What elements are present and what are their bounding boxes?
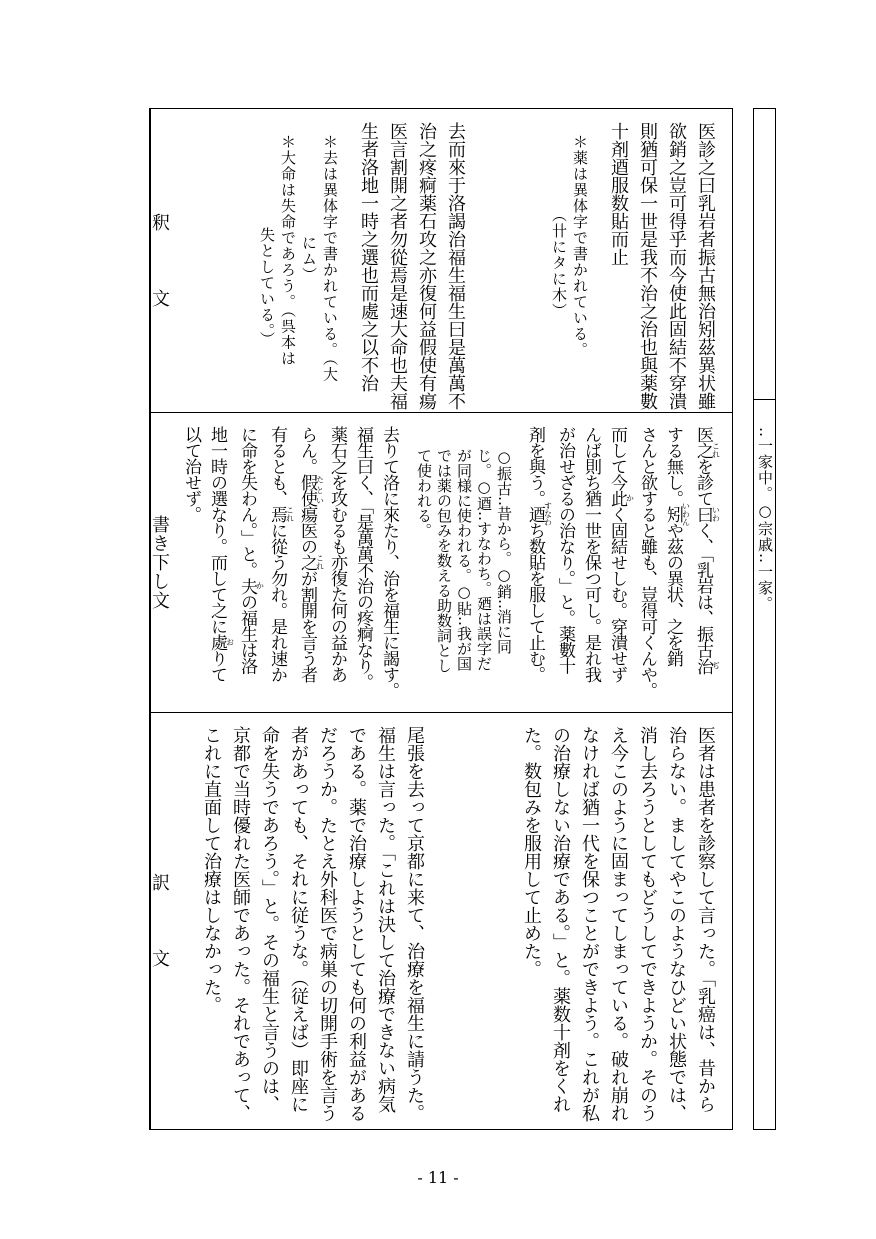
gloss-column: が同様に使われる。○貼‥我が国 — [454, 426, 474, 711]
furigana: 治ぢ — [693, 658, 713, 674]
text-column: さんと欲すると雖も、豈得可くんや。 — [634, 426, 660, 711]
text-column: である。薬で治療しようとしても何の利益がある — [342, 726, 371, 1129]
text-column: 福生曰く、「是萬萬不治の疼痾なり。 — [350, 426, 376, 711]
text-column: 生者洛地一時之選也而處之以不治 — [354, 122, 383, 412]
furigana: 之これ — [297, 554, 317, 570]
text-column: これに直面して治療はしなかった。 — [197, 726, 226, 1129]
text-column: 尾張を去って京都に来て、治療を福生に請うた。 — [400, 726, 429, 1129]
text-column: た。数包みを服用して止めた。 — [517, 726, 546, 1129]
text-column: らん。假使たとい瘍医の之これが割開を言う者 — [294, 426, 324, 711]
section-label-text: 釈 文 — [146, 213, 172, 308]
text-column: に命を失わん。」と。夫かの福生は洛 — [234, 426, 264, 711]
gloss-column: じ。○逎‥すなわち。廼は誤字だ — [474, 426, 494, 711]
main-table: 釈 文 医診之曰乳岩者振古無治矧茲異状雖欲銷之豈可得乎而今使此固結不穿潰則猶可保… — [149, 108, 733, 1130]
furigana: 矧いわん — [663, 506, 683, 522]
section-yakubun: 訳 文 医者は患者を診察して言った。「乳癌は、昔から治らない。ましてやこのような… — [150, 712, 732, 1129]
text-column: 去りて洛に來たり、治を福生に謁す。 — [376, 426, 402, 711]
text-column: 京都で当時優れた医師であった。それであって、 — [226, 726, 255, 1129]
furigana: 此か — [607, 490, 627, 506]
text-column: 治之疼痾薬石攻之亦復何益假使有瘍 — [412, 122, 441, 412]
section-shakubun: 釈 文 医診之曰乳岩者振古無治矧茲異状雖欲銷之豈可得乎而今使此固結不穿潰則猶可保… — [150, 109, 732, 412]
text-column: 欲銷之豈可得乎而今使此固結不穿潰 — [662, 122, 691, 412]
gloss-column: て使われる。 — [414, 426, 434, 711]
text-column: 医言割開之者勿從焉是速大命也夫福 — [383, 122, 412, 412]
text-column: 而して今此かく固結せしむ。穿潰せず — [604, 426, 634, 711]
note-column: ＊去は異体字で書かれている。（大 — [319, 122, 340, 412]
text-column: 以て治せず。 — [178, 426, 204, 711]
gloss-column: ○振古‥昔から。○銷‥消に同 — [494, 426, 514, 711]
text-column: 命を失うであろう。」と。その福生と言うのは、 — [255, 726, 284, 1129]
furigana: 之これ — [693, 442, 713, 458]
yakubun-text-area: 医者は患者を診察して言った。「乳癌は、昔から治らない。ましてやこのようなひどい状… — [172, 713, 732, 1129]
section-label-text: 訳 文 — [146, 873, 172, 968]
note-column: ＊薬は異体字で書かれている。 — [569, 122, 590, 412]
text-column: する無し。矧いわんや茲の異状、之を銷 — [660, 426, 690, 711]
furigana: 處お — [207, 634, 227, 650]
note-column: にム） — [298, 122, 319, 412]
kakikudashi-text-area: 医之これを診て曰いわく、「乳岩は、振古治ぢする無し。矧いわんや茲の異状、之を銷さ… — [172, 413, 732, 711]
text-column: 薬石之を攻むるも亦復た何の益かあ — [324, 426, 350, 711]
shakubun-text-area: 医診之曰乳岩者振古無治矧茲異状雖欲銷之豈可得乎而今使此固結不穿潰則猶可保一世是我… — [172, 109, 732, 412]
section-label-text: 書き下し文 — [146, 515, 172, 610]
text-column: 去而來于洛謁治福生福生曰是萬萬不 — [441, 122, 470, 412]
cutoff-margin-strip: ‥一家中。○宗戚‥一家。 — [753, 108, 776, 1130]
text-column: なければ猶一代を保つことができよう。これが私 — [575, 726, 604, 1129]
section-label-kakikudashi: 書き下し文 — [150, 413, 172, 711]
section-label-shakubun: 釈 文 — [150, 109, 172, 412]
gloss-column: では薬の包みを数える助数詞とし — [434, 426, 454, 711]
text-column: が治せざるの治なり。」と。薬數十 — [552, 426, 578, 711]
text-column: 医者は患者を診察して言った。「乳癌は、昔から — [691, 726, 720, 1129]
note-column: 失としている。） — [256, 122, 277, 412]
furigana: 焉これ — [267, 506, 287, 522]
note-column: ＊大命は失命であろう。（呉本は — [277, 122, 298, 412]
text-column: 剤を與う。逎すなわち数貼を服して止む。 — [522, 426, 552, 711]
text-column: 医診之曰乳岩者振古無治矧茲異状雖 — [691, 122, 720, 412]
text-column: 福生は言った。「これは決して治療できない病気 — [371, 726, 400, 1129]
furigana: 假使たとい — [297, 474, 317, 506]
text-column: え今このように固まってしまっている。破れ崩れ — [604, 726, 633, 1129]
text-column: 地一時の選なり。而して之に處おりて — [204, 426, 234, 711]
text-column: 医之これを診て曰いわく、「乳岩は、振古治ぢ — [690, 426, 720, 711]
text-column: 則猶可保一世是我不治之治也與薬數 — [633, 122, 662, 412]
strip-gloss-text: ‥一家中。○宗戚‥一家。 — [754, 427, 775, 612]
text-column: 消し去ろうとしてもどうしてできようか。そのう — [633, 726, 662, 1129]
page-number: - 11 - — [0, 1168, 876, 1187]
document-page: 釈 文 医診之曰乳岩者振古無治矧茲異状雖欲銷之豈可得乎而今使此固結不穿潰則猶可保… — [0, 0, 876, 1239]
note-column: （卄にタに木） — [548, 122, 569, 412]
text-column: 有るとも、焉これに從う勿れ。是れ速か — [264, 426, 294, 711]
section-kakikudashi: 書き下し文 医之これを診て曰いわく、「乳岩は、振古治ぢする無し。矧いわんや茲の異… — [150, 412, 732, 711]
strip-divider-line — [754, 399, 775, 400]
text-column: の治療しない治療である。」と。薬数十剤をくれ — [546, 726, 575, 1129]
text-column: んば則ち猶一世を保つ可し。是れ我 — [578, 426, 604, 711]
text-column: だろうか。たとえ外科医で病巣の切開手術を言う — [313, 726, 342, 1129]
furigana: 夫か — [237, 578, 257, 594]
text-column: 治らない。ましてやこのようなひどい状態では、 — [662, 726, 691, 1129]
section-label-yakubun: 訳 文 — [150, 713, 172, 1129]
furigana: 曰いわ — [693, 506, 713, 522]
text-column: 者があっても、それに従うな。（従えば）即座に — [284, 726, 313, 1129]
text-column: 十剤逎服数貼而止 — [604, 122, 633, 412]
furigana: 逎すなわ — [525, 506, 545, 522]
